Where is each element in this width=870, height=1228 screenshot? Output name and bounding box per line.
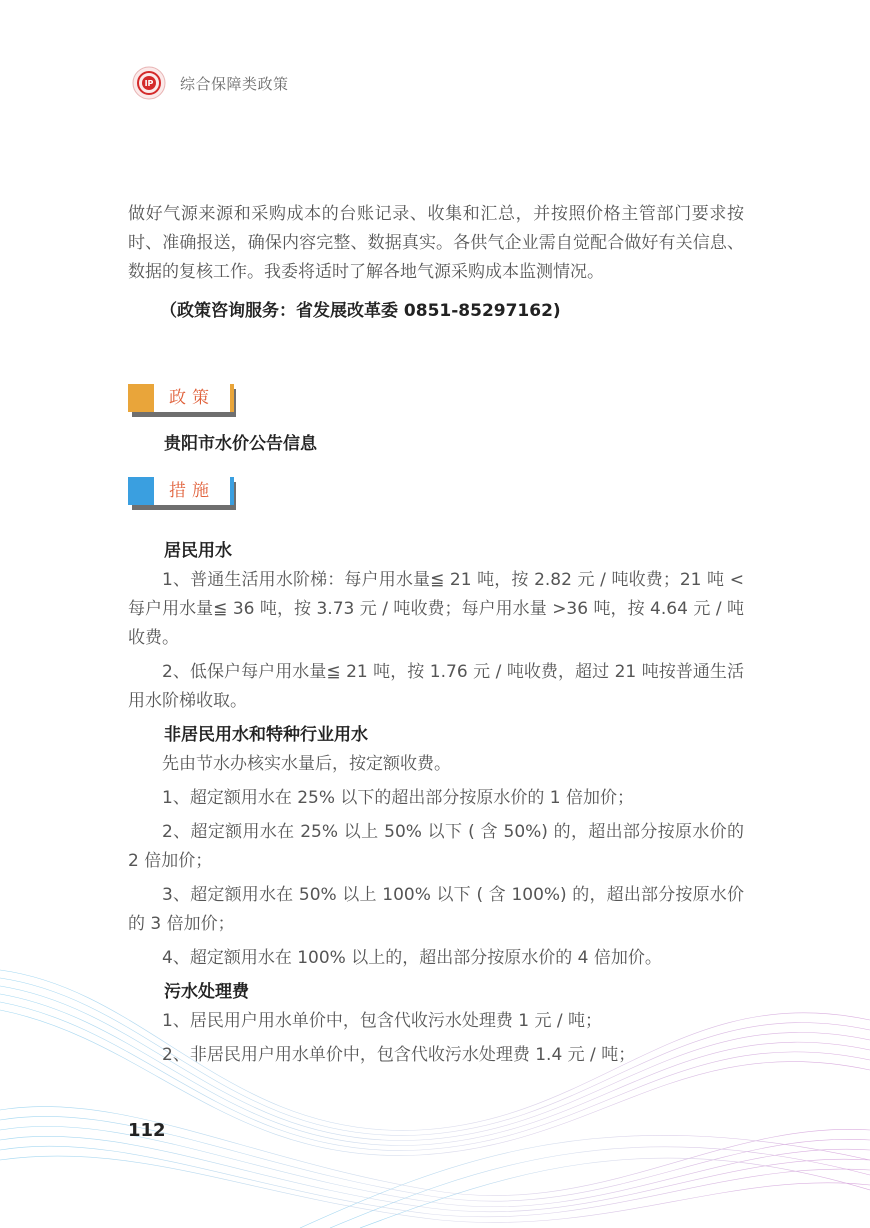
measures-tag-label: 措施 [154, 477, 230, 505]
contact-info: （政策咨询服务：省发展改革委 0851-85297162) [128, 297, 744, 326]
residential-heading: 居民用水 [128, 537, 744, 566]
non-residential-item: 3、超定额用水在 50% 以上 100% 以下 ( 含 100%) 的，超出部分… [128, 881, 744, 939]
non-residential-item: 1、超定额用水在 25% 以下的超出部分按原水价的 1 倍加价； [128, 784, 744, 813]
measures-tag: 措施 [128, 477, 236, 507]
document-body: 做好气源来源和采购成本的台账记录、收集和汇总，并按照价格主管部门要求按时、准确报… [128, 200, 744, 1070]
non-residential-heading: 非居民用水和特种行业用水 [128, 721, 744, 750]
sewage-item: 2、非居民用户用水单价中，包含代收污水处理费 1.4 元 / 吨； [128, 1041, 744, 1070]
policy-title: 贵阳市水价公告信息 [128, 430, 744, 459]
non-residential-item: 2、超定额用水在 25% 以上 50% 以下 ( 含 50%) 的，超出部分按原… [128, 818, 744, 876]
non-residential-item: 4、超定额用水在 100% 以上的，超出部分按原水价的 4 倍加价。 [128, 944, 744, 973]
non-residential-intro: 先由节水办核实水量后，按定额收费。 [128, 750, 744, 779]
svg-text:IP: IP [145, 79, 154, 88]
page-header: IP 综合保障类政策 [132, 66, 289, 100]
sewage-heading: 污水处理费 [128, 978, 744, 1007]
section-title: 综合保障类政策 [180, 73, 289, 94]
sewage-item: 1、居民用户用水单价中，包含代收污水处理费 1 元 / 吨； [128, 1007, 744, 1036]
residential-item: 1、普通生活用水阶梯：每户用水量≦ 21 吨，按 2.82 元 / 吨收费；21… [128, 566, 744, 653]
intro-paragraph: 做好气源来源和采购成本的台账记录、收集和汇总，并按照价格主管部门要求按时、准确报… [128, 200, 744, 287]
page-number: 112 [128, 1120, 166, 1141]
residential-item: 2、低保户每户用水量≦ 21 吨，按 1.76 元 / 吨收费，超过 21 吨按… [128, 658, 744, 716]
policy-tag-label: 政策 [154, 384, 230, 412]
emblem-logo-icon: IP [132, 66, 166, 100]
policy-tag: 政策 [128, 384, 236, 414]
